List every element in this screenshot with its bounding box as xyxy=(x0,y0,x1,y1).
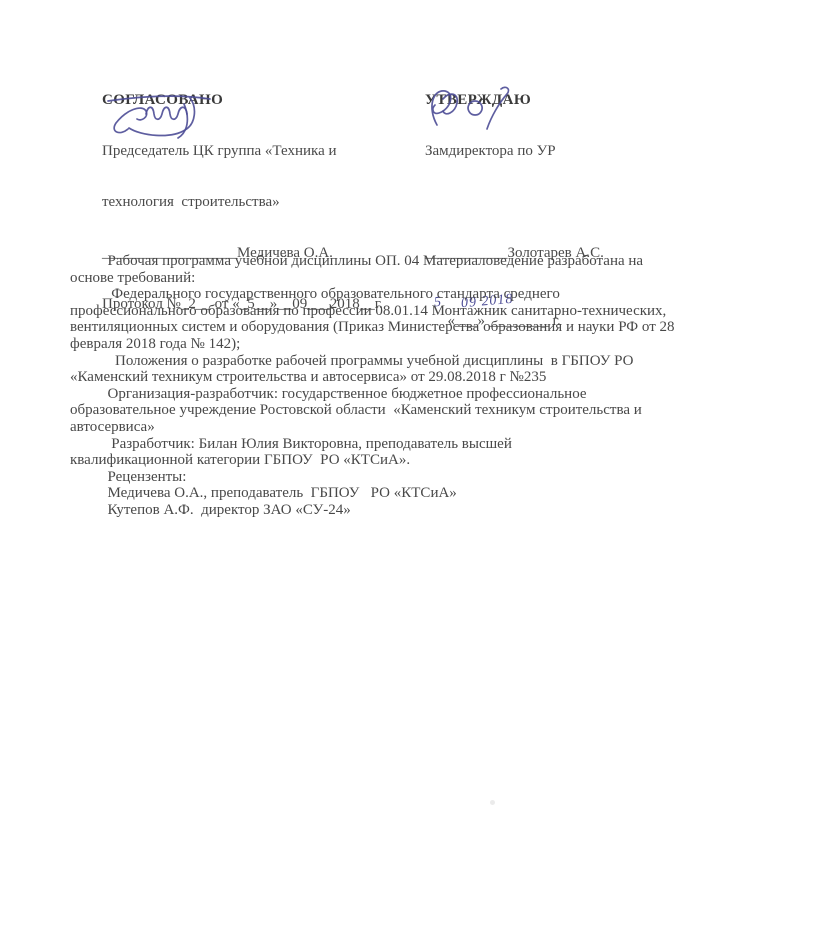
agreed-position-line1: Председатель ЦК группа «Техника и xyxy=(102,143,412,160)
approved-position-line: Замдиректора по УР xyxy=(425,143,675,160)
body-line: «Каменский техникум строительства и авто… xyxy=(70,369,770,386)
program-description: Рабочая программа учебной дисциплины ОП.… xyxy=(70,253,770,519)
agreed-position-line2: технология строительства» xyxy=(102,194,412,211)
body-line: Рабочая программа учебной дисциплины ОП.… xyxy=(70,253,770,270)
body-line: образовательное учреждение Ростовской об… xyxy=(70,402,770,419)
body-line: Кутепов А.Ф. директор ЗАО «СУ-24» xyxy=(70,502,770,519)
document-page: СОГЛАСОВАНО Председатель ЦК группа «Техн… xyxy=(0,0,816,929)
body-line: Организация-разработчик: государственное… xyxy=(70,386,770,403)
agreed-title: СОГЛАСОВАНО xyxy=(102,92,412,109)
body-line: квалификационной категории ГБПОУ РО «КТС… xyxy=(70,452,770,469)
body-line: профессионального образования по професс… xyxy=(70,303,770,320)
body-line: автосервиса» xyxy=(70,419,770,436)
approved-title: УТВЕРЖДАЮ xyxy=(425,92,675,109)
scan-speck xyxy=(490,800,495,805)
approved-spacer xyxy=(425,194,675,211)
body-line: февраля 2018 года № 142); xyxy=(70,336,770,353)
body-line: Разработчик: Билан Юлия Викторовна, преп… xyxy=(70,436,770,453)
body-line: Положения о разработке рабочей программы… xyxy=(70,353,770,370)
body-line: вентиляционных систем и оборудования (Пр… xyxy=(70,319,770,336)
body-line: Федерального государственного образовате… xyxy=(70,286,770,303)
body-line: Медичева О.А., преподаватель ГБПОУ РО «К… xyxy=(70,485,770,502)
body-line: основе требований: xyxy=(70,270,770,287)
body-line: Рецензенты: xyxy=(70,469,770,486)
